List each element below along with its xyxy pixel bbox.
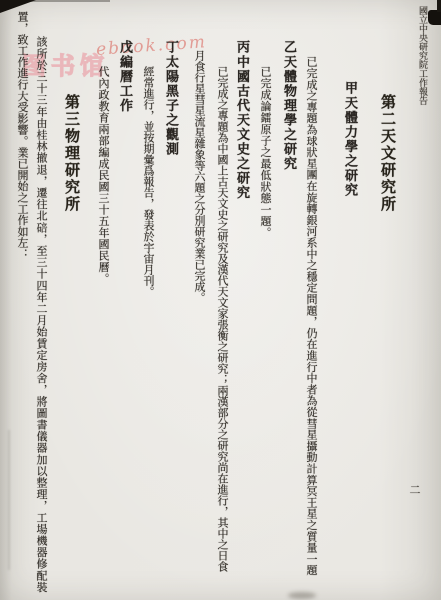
item-bing-label: 丙 xyxy=(234,40,249,55)
item-jia-body: 已完成之專題為球狀星團在旋轉銀河系中之穩定問題，仍在進行中者為從彗星攝動計算冥王… xyxy=(303,56,319,576)
section-astronomy-title: 天文研究所 xyxy=(379,128,397,213)
item-jia-heading: 甲天體力學之研究 xyxy=(340,81,359,197)
running-header: 國立中央研究院工作報告 xyxy=(416,6,429,105)
section-physics-heading: 第三物理研究所 xyxy=(62,94,83,213)
physics-body-2: 置，致工作進行大受影響。業已開始之工作如左： xyxy=(14,11,30,260)
section-physics-number: 第三 xyxy=(63,94,81,128)
item-yi-title: 天體物理學之研究 xyxy=(281,55,296,171)
item-wu-heading: 戊編曆工作 xyxy=(115,40,134,113)
item-bing-heading: 丙中國古代天文史之研究 xyxy=(232,40,251,200)
item-ding-heading: 丁太陽黑子之觀測 xyxy=(161,40,180,156)
section-physics-title: 物理研究所 xyxy=(63,128,81,213)
item-ding-label: 丁 xyxy=(163,40,178,55)
left-edge-shadow xyxy=(0,0,12,600)
section-astronomy-heading: 第二天文研究所 xyxy=(378,94,399,213)
item-yi-body: 已完成論鐳原子之最低狀態一題。 xyxy=(257,66,273,239)
section-astronomy-number: 第二 xyxy=(379,94,397,128)
item-wu-title: 編曆工作 xyxy=(117,55,132,113)
scan-artifact-bottom-smudge xyxy=(288,592,316,599)
item-bing-title: 中國古代天文史之研究 xyxy=(234,55,249,200)
item-jia-label: 甲 xyxy=(342,81,357,96)
scan-artifact-top-line xyxy=(30,0,110,2)
scan-artifact-top-right xyxy=(428,10,441,25)
item-yi-label: 乙 xyxy=(281,40,296,55)
page-number: 二 xyxy=(406,484,422,495)
item-wu-body: 代內政教育兩部編成民國三十五年國民曆。 xyxy=(95,66,111,285)
scan-crease xyxy=(8,430,10,570)
item-yi-heading: 乙天體物理學之研究 xyxy=(279,40,298,171)
scanned-report-page: 图书馆 ebook.com 國立中央研究院工作報告 二 第二天文研究所 甲天體力… xyxy=(0,0,441,600)
item-bing-body-2: 月食行星彗星流星雜象等六題之分別研究業已完成。 xyxy=(191,50,207,303)
item-wu-label: 戊 xyxy=(117,40,132,55)
item-ding-body: 經常進行，並按期彙爲報告，發表於宇宙月刊。 xyxy=(140,66,156,297)
physics-body-1: 該所於三十三年由桂林撤退，遷往北碚，至三十四年二月始賃定房舍，將圖書儀器加以整理… xyxy=(33,36,49,593)
item-bing-body-1: 已完成之專題為中國上古天文史之研究及漢代天文家張衡之研究；兩漢部分之研究尚在進行… xyxy=(214,66,230,572)
item-jia-title: 天體力學之研究 xyxy=(342,96,357,198)
item-ding-title: 太陽黑子之觀測 xyxy=(163,55,178,157)
scan-artifact-right-edge xyxy=(437,0,441,12)
